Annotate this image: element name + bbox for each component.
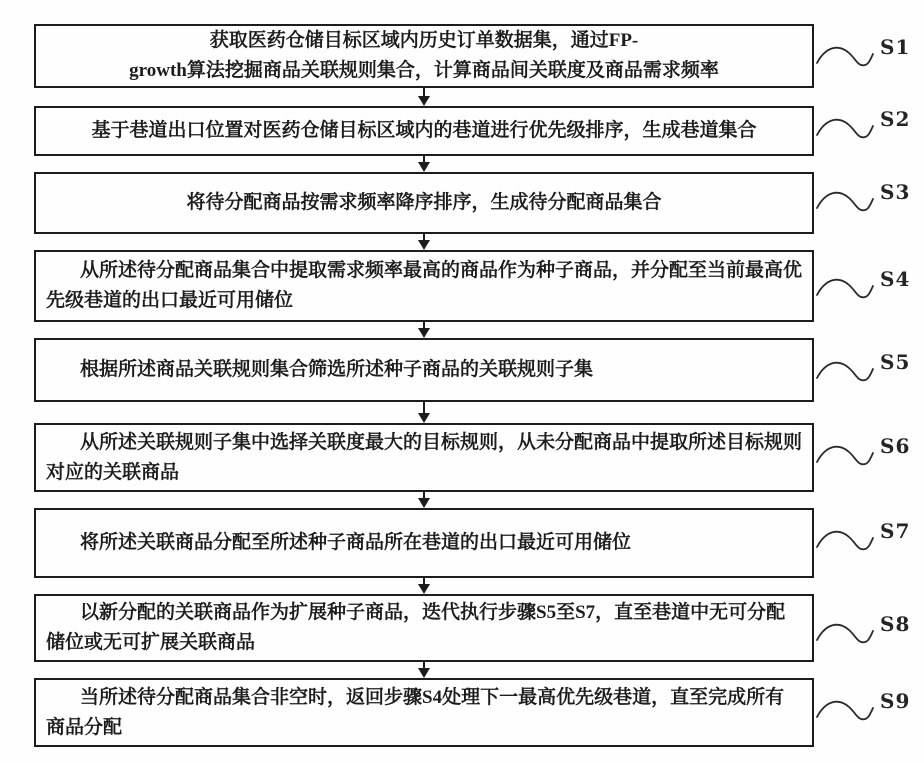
arrow-head	[418, 240, 430, 250]
reference-squiggle-icon	[816, 357, 874, 387]
reference-squiggle-icon	[816, 274, 874, 304]
down-arrow-icon	[417, 578, 431, 594]
process-box-s9: 当所述待分配商品集合非空时，返回步骤S4处理下一最高优先级巷道，直至完成所有商品…	[34, 678, 814, 747]
reference-squiggle-icon	[816, 441, 874, 471]
reference-squiggle-icon	[816, 696, 874, 726]
arrow-head	[418, 96, 430, 106]
step-label-s6: S6	[880, 434, 924, 458]
arrow-head	[418, 328, 430, 338]
step-text: 根据所述商品关联规则集合筛选所述种子商品的关联规则子集	[46, 355, 802, 385]
arrow-shaft	[423, 88, 425, 96]
arrow-shaft	[423, 402, 425, 413]
step-text: 从所述关联规则子集中选择关联度最大的目标规则，从未分配商品中提取所述目标规则对应…	[46, 428, 802, 488]
step-label-s8: S8	[880, 612, 924, 636]
process-box-s2: 基于巷道出口位置对医药仓储目标区域内的巷道进行优先级排序，生成巷道集合	[34, 106, 814, 156]
step-text: 当所述待分配商品集合非空时，返回步骤S4处理下一最高优先级巷道，直至完成所有商品…	[46, 683, 802, 743]
flowchart-figure: 获取医药仓储目标区域内历史订单数据集，通过FP- growth算法挖掘商品关联规…	[0, 0, 924, 764]
step-label-s4: S4	[880, 267, 924, 291]
process-box-s5: 根据所述商品关联规则集合筛选所述种子商品的关联规则子集	[34, 338, 814, 402]
reference-squiggle-icon	[816, 526, 874, 556]
process-box-s4: 从所述待分配商品集合中提取需求频率最高的商品作为种子商品，并分配至当前最高优先级…	[34, 250, 814, 322]
down-arrow-icon	[417, 234, 431, 250]
step-text: 将所述关联商品分配至所述种子商品所在巷道的出口最近可用储位	[46, 528, 802, 558]
step-text: 将待分配商品按需求频率降序排序，生成待分配商品集合	[44, 188, 804, 218]
step-label-s1: S1	[880, 35, 924, 59]
down-arrow-icon	[417, 492, 431, 508]
step-label-s9: S9	[880, 689, 924, 713]
step-label-s3: S3	[880, 180, 924, 204]
step-text-line: growth算法挖掘商品关联规则集合，计算商品间关联度及商品需求频率	[44, 56, 804, 86]
down-arrow-icon	[417, 402, 431, 423]
reference-squiggle-icon	[816, 114, 874, 144]
step-text-line: 获取医药仓储目标区域内历史订单数据集，通过FP-	[44, 26, 804, 56]
step-text: 从所述待分配商品集合中提取需求频率最高的商品作为种子商品，并分配至当前最高优先级…	[46, 256, 802, 316]
step-label-s7: S7	[880, 519, 924, 543]
process-box-s8: 以新分配的关联商品作为扩展种子商品，迭代执行步骤S5至S7，直至巷道中无可分配储…	[34, 594, 814, 662]
reference-squiggle-icon	[816, 187, 874, 217]
arrow-head	[418, 668, 430, 678]
process-box-s6: 从所述关联规则子集中选择关联度最大的目标规则，从未分配商品中提取所述目标规则对应…	[34, 423, 814, 492]
down-arrow-icon	[417, 662, 431, 678]
reference-squiggle-icon	[816, 42, 874, 72]
arrow-head	[418, 162, 430, 172]
down-arrow-icon	[417, 88, 431, 106]
step-text: 以新分配的关联商品作为扩展种子商品，迭代执行步骤S5至S7，直至巷道中无可分配储…	[46, 598, 802, 658]
step-label-s5: S5	[880, 350, 924, 374]
arrow-head	[418, 498, 430, 508]
down-arrow-icon	[417, 322, 431, 338]
step-label-s2: S2	[880, 107, 924, 131]
process-box-s1: 获取医药仓储目标区域内历史订单数据集，通过FP- growth算法挖掘商品关联规…	[34, 24, 814, 88]
step-text: 基于巷道出口位置对医药仓储目标区域内的巷道进行优先级排序，生成巷道集合	[44, 116, 804, 146]
down-arrow-icon	[417, 156, 431, 172]
process-box-s3: 将待分配商品按需求频率降序排序，生成待分配商品集合	[34, 172, 814, 234]
arrow-head	[418, 413, 430, 423]
process-box-s7: 将所述关联商品分配至所述种子商品所在巷道的出口最近可用储位	[34, 508, 814, 578]
arrow-head	[418, 584, 430, 594]
reference-squiggle-icon	[816, 619, 874, 649]
